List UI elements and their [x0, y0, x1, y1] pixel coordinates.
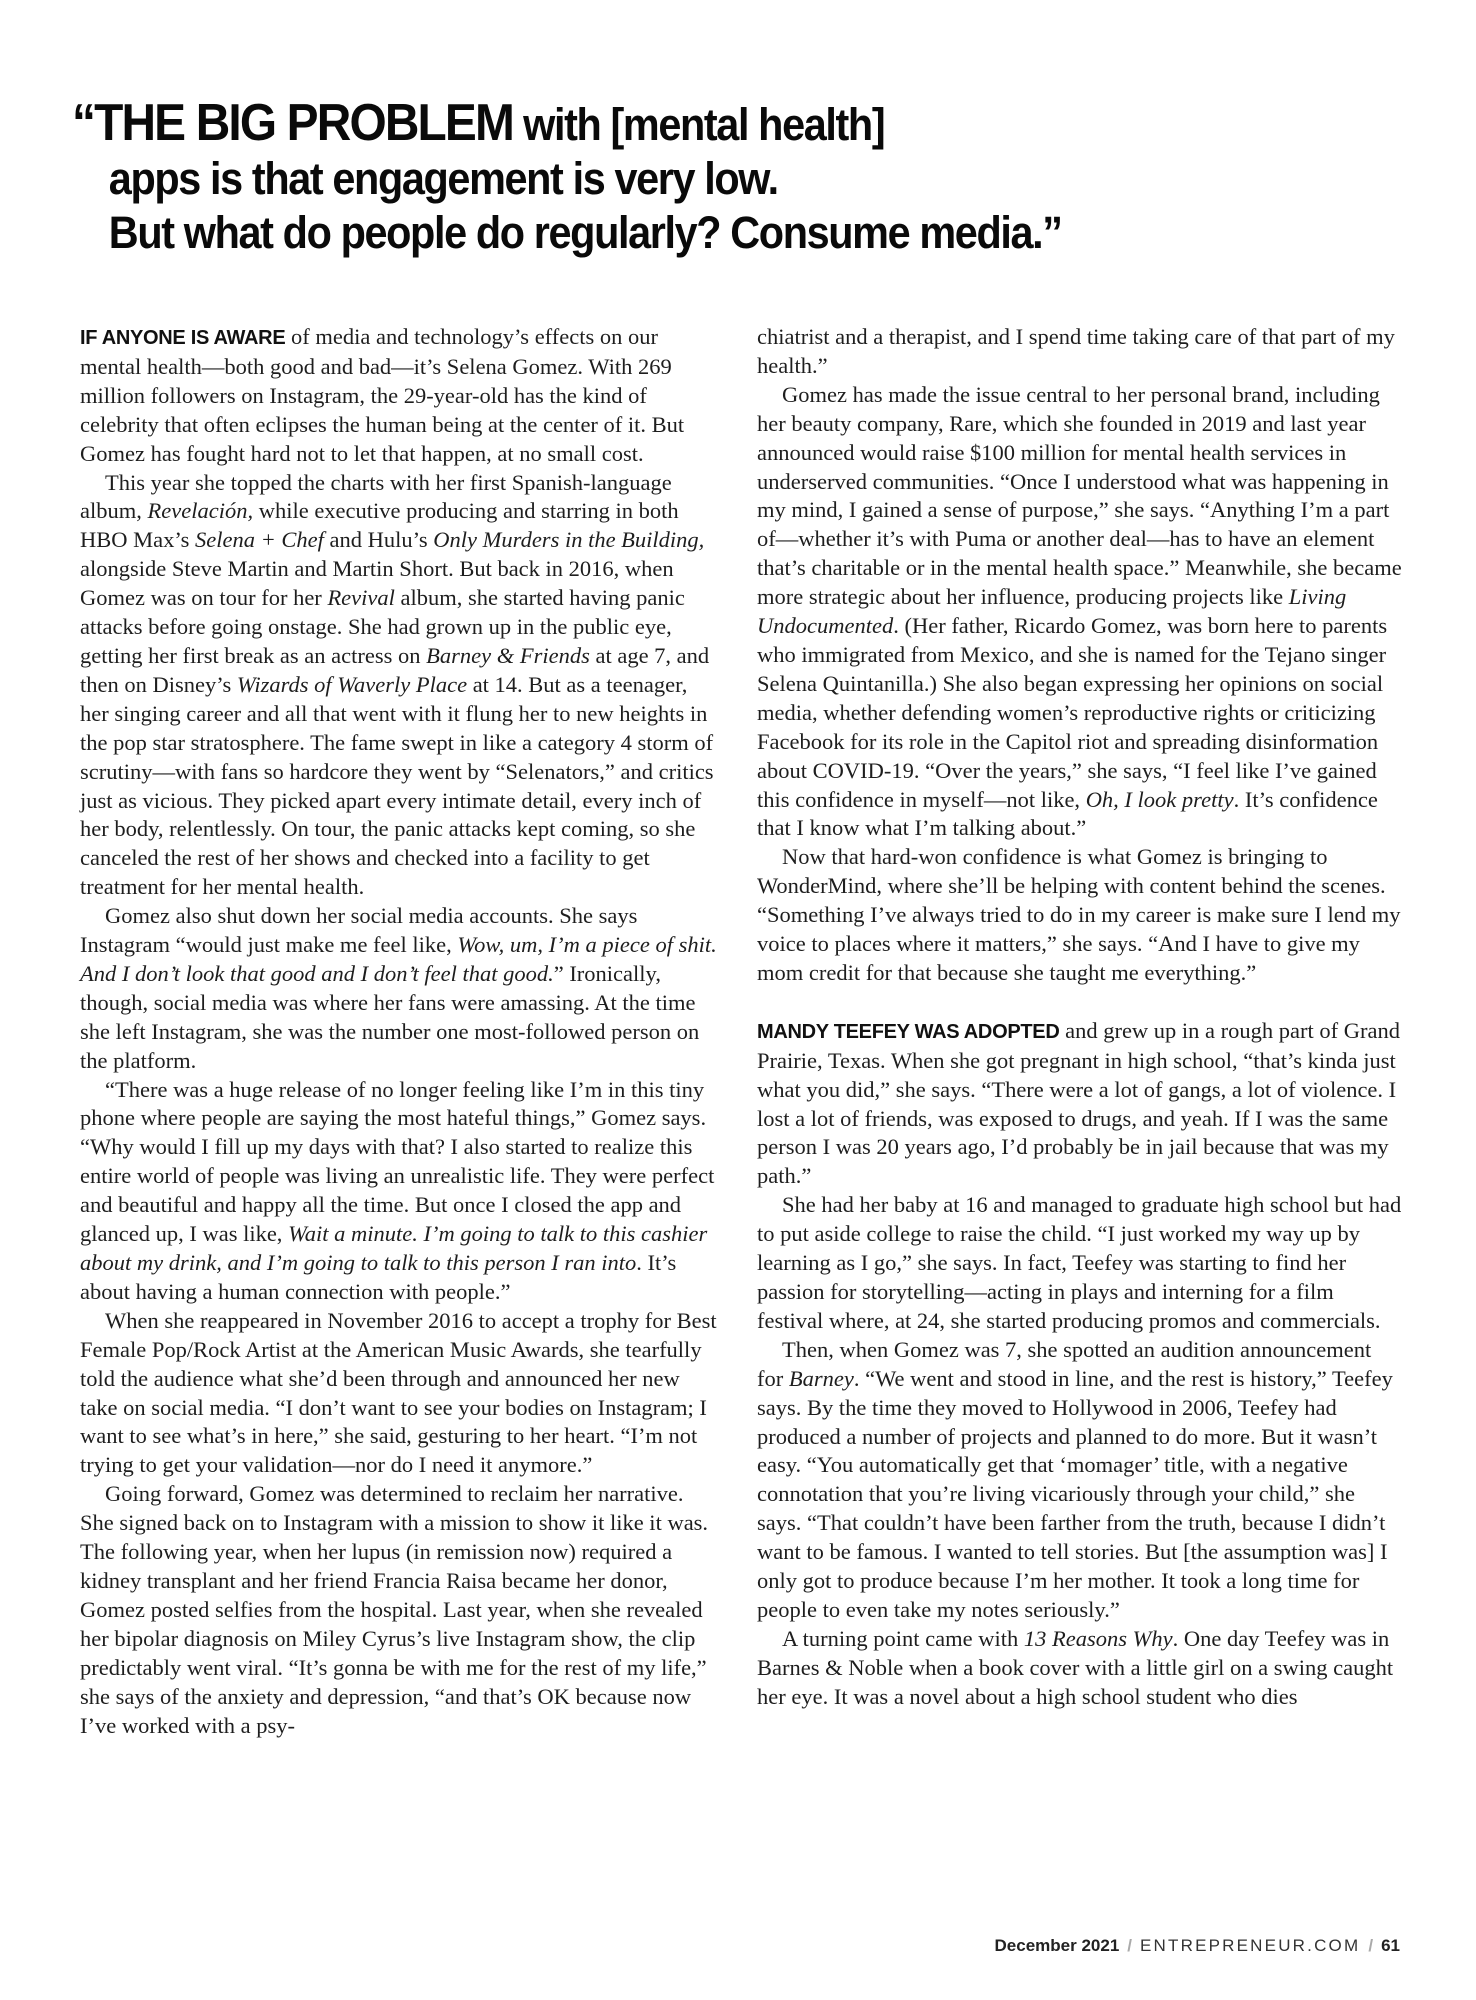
- paragraph: Gomez has made the issue central to her …: [757, 381, 1402, 844]
- headline-open-quote: “: [72, 94, 94, 152]
- paragraph: When she reappeared in November 2016 to …: [80, 1307, 720, 1480]
- headline-line-1-rest: with [mental health]: [513, 99, 884, 150]
- footer-separator: /: [1360, 1936, 1381, 1955]
- headline-emphasis: THE BIG PROBLEM: [94, 94, 513, 152]
- footer-separator: /: [1119, 1936, 1140, 1955]
- paragraph: Then, when Gomez was 7, she spotted an a…: [757, 1336, 1402, 1625]
- paragraph: MANDY TEEFEY WAS ADOPTED and grew up in …: [757, 1017, 1402, 1191]
- pull-quote-headline: “THE BIG PROBLEM with [mental health] ap…: [72, 96, 1296, 260]
- issue-date: December 2021: [995, 1936, 1120, 1955]
- headline-line-3: But what do people do regularly? Consume…: [72, 206, 1296, 260]
- paragraph: This year she topped the charts with her…: [80, 469, 720, 903]
- headline-line-1: “THE BIG PROBLEM with [mental health]: [72, 96, 1296, 152]
- article-column-right: chiatrist and a therapist, and I spend t…: [757, 323, 1402, 1712]
- paragraph: IF ANYONE IS AWARE of media and technolo…: [80, 323, 720, 469]
- section-lead-in: IF ANYONE IS AWARE: [80, 327, 285, 349]
- paragraph: chiatrist and a therapist, and I spend t…: [757, 323, 1402, 381]
- paragraph: She had her baby at 16 and managed to gr…: [757, 1191, 1402, 1336]
- paragraph: Going forward, Gomez was determined to r…: [80, 1480, 720, 1740]
- section-lead-in: MANDY TEEFEY WAS ADOPTED: [757, 1021, 1059, 1043]
- headline-line-2: apps is that engagement is very low.: [72, 152, 1296, 206]
- paragraph: Gomez also shut down her social media ac…: [80, 902, 720, 1075]
- paragraph: A turning point came with 13 Reasons Why…: [757, 1625, 1402, 1712]
- page-footer: December 2021/ENTREPRENEUR.COM/61: [995, 1936, 1400, 1956]
- page-number: 61: [1381, 1936, 1400, 1955]
- publication-site: ENTREPRENEUR.COM: [1140, 1936, 1360, 1955]
- article-column-left: IF ANYONE IS AWARE of media and technolo…: [80, 323, 720, 1740]
- paragraph: Now that hard-won confidence is what Gom…: [757, 843, 1402, 988]
- paragraph: “There was a huge release of no longer f…: [80, 1076, 720, 1307]
